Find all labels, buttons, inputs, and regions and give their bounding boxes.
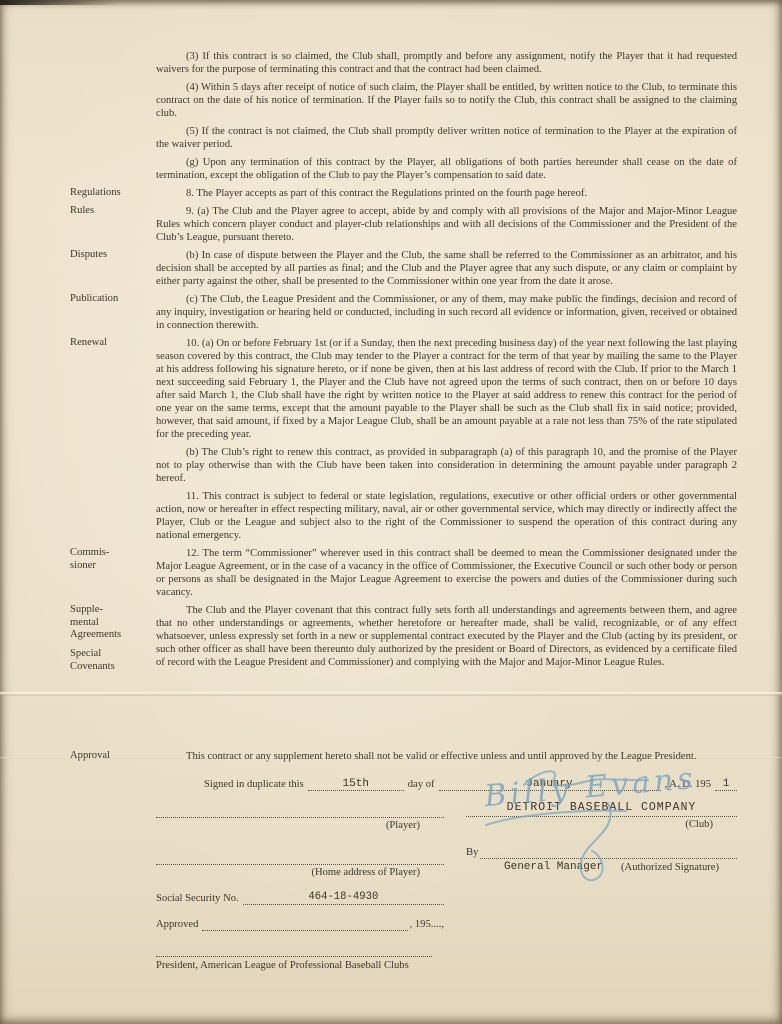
paragraph-text: 9. (a) The Club and the Player agree to … xyxy=(156,205,737,244)
paragraph-text: (4) Within 5 days after receipt of notic… xyxy=(156,81,737,120)
player-signature-line xyxy=(156,801,444,818)
authorized-signature-label: (Authorized Signature) xyxy=(621,861,719,874)
margin-label-regulations: Regulations xyxy=(70,187,152,200)
home-address-line xyxy=(156,848,444,865)
paragraph-publication: Publication (c) The Club, the League Pre… xyxy=(156,293,737,332)
ssn-fill-line: 464-18-4930 xyxy=(243,891,444,905)
paragraph-waiver-claimed: (3) If this contract is so claimed, the … xyxy=(156,50,737,76)
day-fill-line: 15th xyxy=(308,777,404,791)
by-label: By xyxy=(466,846,478,859)
ssn-row: Social Security No. 464-18-4930 xyxy=(156,888,444,905)
approved-fill-line xyxy=(202,930,407,931)
paragraph-text: This contract or any supplement hereto s… xyxy=(156,750,737,763)
player-label: (Player) xyxy=(156,819,444,832)
margin-label-publication: Publication xyxy=(70,293,152,306)
title-row: General Manager (Authorized Signature) xyxy=(466,861,737,874)
paragraph-commissioner: Commis- sioner 12. The term “Commissione… xyxy=(156,547,737,599)
paragraph-rules: Rules 9. (a) The Club and the Player agr… xyxy=(156,205,737,244)
margin-label-special-covenants: Special Covenants xyxy=(70,648,152,673)
president-title: President, American League of Profession… xyxy=(156,959,444,972)
paragraph-text: (g) Upon any termination of this contrac… xyxy=(156,156,737,182)
approved-year-suffix: , 195...., xyxy=(408,918,444,931)
paragraph-text: (b) The Club’s right to renew this contr… xyxy=(156,446,737,485)
paragraph-text: 10. (a) On or before February 1st (or if… xyxy=(156,337,737,441)
paragraph-regulations: Regulations 8. The Player accepts as par… xyxy=(156,187,737,200)
paragraph-termination-obligations: (g) Upon any termination of this contrac… xyxy=(156,156,737,182)
month-value: January xyxy=(526,778,572,791)
player-column: (Player) (Home address of Player) Social… xyxy=(156,801,444,972)
month-fill-line: January xyxy=(439,777,661,791)
year-value: 1 xyxy=(723,778,730,791)
president-signature-line xyxy=(156,942,432,957)
day-of-label: day of xyxy=(404,778,439,791)
day-value: 15th xyxy=(343,778,369,791)
margin-label-disputes: Disputes xyxy=(70,249,152,262)
paragraph-renewal: Renewal 10. (a) On or before February 1s… xyxy=(156,337,737,441)
approved-label: Approved xyxy=(156,918,198,931)
paragraph-text: (5) If the contract is not claimed, the … xyxy=(156,125,737,151)
paragraph-text: (c) The Club, the League President and t… xyxy=(156,293,737,332)
paragraph-text: (b) In case of dispute between the Playe… xyxy=(156,249,737,288)
signed-prefix: Signed in duplicate this xyxy=(204,778,308,791)
signature-columns: (Player) (Home address of Player) Social… xyxy=(156,801,737,972)
margin-label-approval: Approval xyxy=(70,750,152,763)
paragraph-special-covenants: Special Covenants xyxy=(156,648,737,706)
club-name-stamp: DETROIT BASEBALL COMPANY xyxy=(466,801,737,817)
authorized-signature-line xyxy=(480,858,737,859)
ssn-value: 464-18-4930 xyxy=(308,891,378,904)
signature-section: Signed in duplicate this 15th day of Jan… xyxy=(156,773,737,972)
paragraph-text: 11. This contract is subject to federal … xyxy=(156,490,737,542)
paragraph-waiver-terminate: (4) Within 5 days after receipt of notic… xyxy=(156,81,737,120)
margin-label-renewal: Renewal xyxy=(70,337,152,350)
paragraph-waiver-notclaimed: (5) If the contract is not claimed, the … xyxy=(156,125,737,151)
year-fill-line: 1 xyxy=(715,777,737,791)
paragraph-legislation: 11. This contract is subject to federal … xyxy=(156,490,737,542)
paragraph-renewal-consideration: (b) The Club’s right to renew this contr… xyxy=(156,446,737,485)
paragraph-disputes: Disputes (b) In case of dispute between … xyxy=(156,249,737,288)
margin-label-commissioner: Commis- sioner xyxy=(70,547,152,572)
contract-body: (3) If this contract is so claimed, the … xyxy=(0,0,782,972)
contract-page: (3) If this contract is so claimed, the … xyxy=(0,0,782,1024)
club-column: DETROIT BASEBALL COMPANY (Club) By Gener… xyxy=(466,801,737,972)
approved-row: Approved , 195...., xyxy=(156,914,444,931)
paragraph-text: 8. The Player accepts as part of this co… xyxy=(156,187,737,200)
general-manager-title: General Manager xyxy=(504,861,603,874)
margin-label-supplemental: Supple- mental Agreements xyxy=(70,604,152,642)
club-label: (Club) xyxy=(466,818,737,831)
margin-label-rules: Rules xyxy=(70,205,152,218)
by-row: By xyxy=(466,843,737,859)
paragraph-text: 12. The term “Commissioner” wherever use… xyxy=(156,547,737,599)
ssn-label: Social Security No. xyxy=(156,892,239,905)
ad-prefix: , A. D. 195 xyxy=(661,778,716,791)
paragraph-approval: Approval This contract or any supplement… xyxy=(156,750,737,763)
paragraph-text: (3) If this contract is so claimed, the … xyxy=(156,50,737,76)
home-address-label: (Home address of Player) xyxy=(156,866,444,879)
signed-date-line: Signed in duplicate this 15th day of Jan… xyxy=(204,773,737,791)
